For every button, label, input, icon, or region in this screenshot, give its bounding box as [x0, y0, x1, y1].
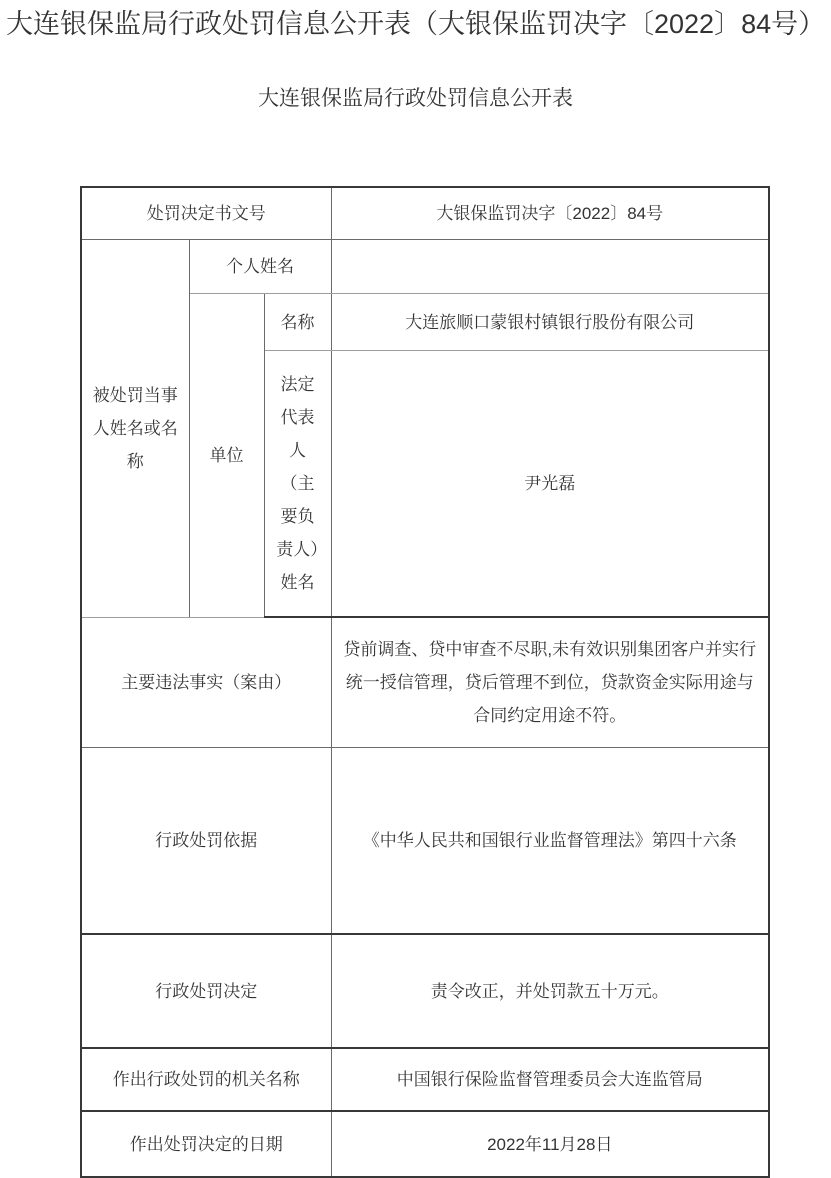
basis-label: 行政处罚依据 — [81, 748, 331, 935]
table-row: 被处罚当事人姓名或名称 个人姓名 — [81, 240, 769, 294]
party-name-label: 被处罚当事人姓名或名称 — [81, 240, 189, 618]
legal-rep-label: 法定代表人（主要负责人）姓名 — [264, 351, 331, 618]
table-row: 行政处罚决定 责令改正，并处罚款五十万元。 — [81, 934, 769, 1048]
page-title: 大连银保监局行政处罚信息公开表（大银保监罚决字〔2022〕84号） — [6, 9, 831, 40]
facts-label: 主要违法事实（案由） — [81, 617, 331, 748]
table-row: 作出行政处罚的机关名称 中国银行保险监督管理委员会大连监管局 — [81, 1048, 769, 1111]
org-name-value: 大连旅顺口蒙银村镇银行股份有限公司 — [331, 294, 769, 351]
personal-name-label: 个人姓名 — [189, 240, 331, 294]
page-subtitle: 大连银保监局行政处罚信息公开表 — [0, 86, 831, 112]
date-value: 2022年11月28日 — [331, 1111, 769, 1177]
table-row: 行政处罚依据 《中华人民共和国银行业监督管理法》第四十六条 — [81, 748, 769, 935]
org-name-label: 名称 — [264, 294, 331, 351]
org-label: 单位 — [189, 294, 264, 618]
decision-value: 责令改正，并处罚款五十万元。 — [331, 934, 769, 1048]
doc-number-value: 大银保监罚决字〔2022〕84号 — [331, 187, 769, 240]
authority-value: 中国银行保险监督管理委员会大连监管局 — [331, 1048, 769, 1111]
legal-rep-value: 尹光磊 — [331, 351, 769, 618]
table-row: 作出处罚决定的日期 2022年11月28日 — [81, 1111, 769, 1177]
table-row: 处罚决定书文号 大银保监罚决字〔2022〕84号 — [81, 187, 769, 240]
authority-label: 作出行政处罚的机关名称 — [81, 1048, 331, 1111]
doc-number-label: 处罚决定书文号 — [81, 187, 331, 240]
penalty-table: 处罚决定书文号 大银保监罚决字〔2022〕84号 被处罚当事人姓名或名称 个人姓… — [80, 186, 770, 1178]
facts-value: 贷前调查、贷中审查不尽职,未有效识别集团客户并实行统一授信管理，贷后管理不到位，… — [331, 617, 769, 748]
basis-value: 《中华人民共和国银行业监督管理法》第四十六条 — [331, 748, 769, 935]
table-row: 主要违法事实（案由） 贷前调查、贷中审查不尽职,未有效识别集团客户并实行统一授信… — [81, 617, 769, 748]
decision-label: 行政处罚决定 — [81, 934, 331, 1048]
personal-name-value — [331, 240, 769, 294]
date-label: 作出处罚决定的日期 — [81, 1111, 331, 1177]
